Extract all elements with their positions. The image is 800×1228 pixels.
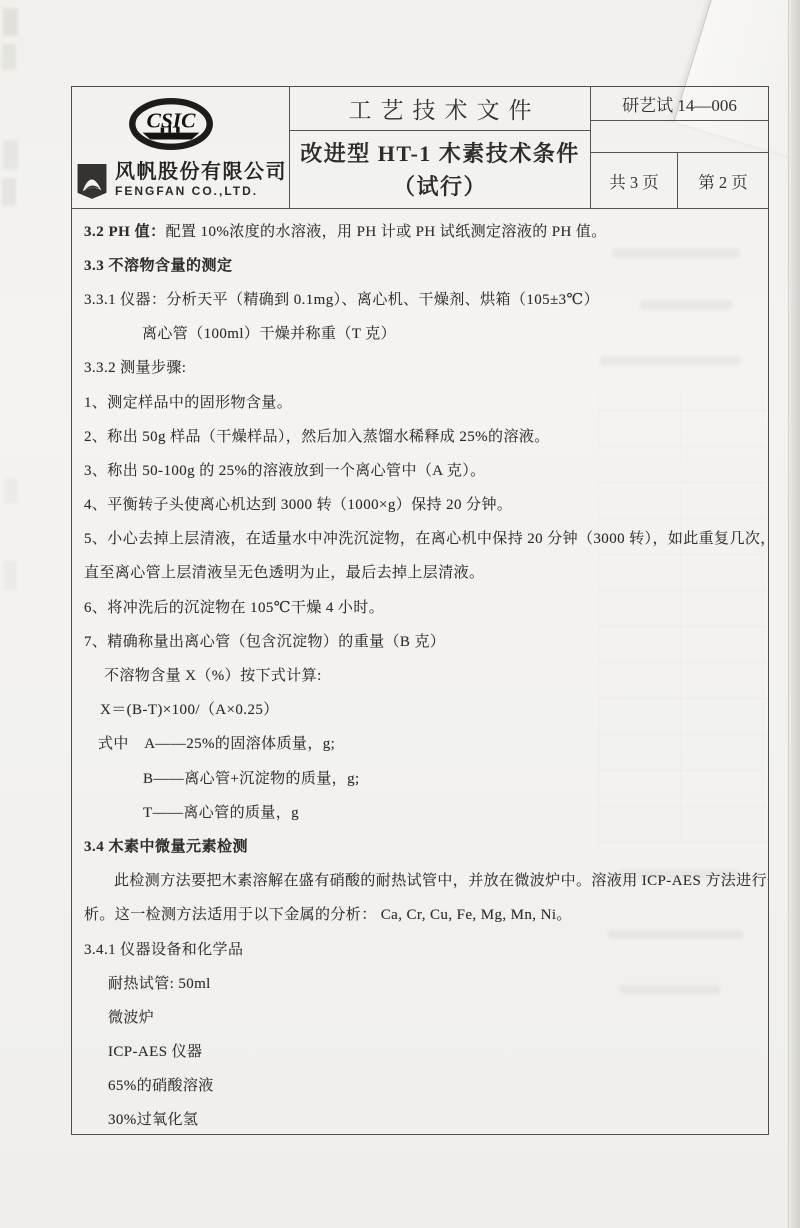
body-line: 5、小心去掉上层清液，在适量水中冲洗沉淀物，在离心机中保持 20 分钟（3000… — [84, 521, 758, 555]
page-current: 第 2 页 — [677, 153, 768, 208]
body-line: 直至离心管上层清液呈无色透明为止，最后去掉上层清液。 — [84, 555, 758, 589]
left-margin-bleedthrough — [4, 478, 18, 504]
body-line: 7、精确称量出离心管（包含沉淀物）的重量（B 克） — [84, 623, 758, 657]
body-line: 6、将冲洗后的沉淀物在 105℃干燥 4 小时。 — [84, 589, 758, 623]
document-header: CSIC 风帆股份有限公司 FENGFAN CO.,LTD. 工艺技术文件 — [72, 87, 768, 209]
body-line: 3.3.1 仪器：分析天平（精确到 0.1mg）、离心机、干燥剂、烘箱（105±… — [84, 281, 758, 315]
body-line: 式中 A——25%的固溶体质量，g; — [84, 726, 758, 760]
body-line: 65%的硝酸溶液 — [84, 1068, 758, 1102]
header-logo-cell: CSIC 风帆股份有限公司 FENGFAN CO.,LTD. — [72, 87, 290, 208]
document-type: 工艺技术文件 — [290, 87, 590, 131]
body-line: ICP-AES 仪器 — [84, 1034, 758, 1068]
left-margin-bleedthrough — [2, 178, 16, 206]
body-line: 2、称出 50g 样品（干燥样品），然后加入蒸馏水稀释成 25%的溶液。 — [84, 418, 758, 452]
company-identity: 风帆股份有限公司 FENGFAN CO.,LTD. — [72, 161, 289, 208]
line-emphasis: 3.4 木素中微量元素检测 — [84, 835, 248, 856]
body-line: 3.3 不溶物含量的测定 — [84, 247, 758, 281]
left-margin-bleedthrough — [3, 8, 18, 36]
company-name-cn: 风帆股份有限公司 — [115, 161, 287, 183]
body-line: 离心管（100ml）干燥并称重（T 克） — [84, 316, 758, 350]
body-line: X＝(B-T)×100/（A×0.25） — [84, 692, 758, 726]
left-margin-bleedthrough — [3, 140, 18, 170]
document-title-line2: （试行） — [393, 170, 487, 203]
sail-logo-icon — [75, 161, 109, 201]
document-sheet: CSIC 风帆股份有限公司 FENGFAN CO.,LTD. 工艺技术文件 — [71, 86, 769, 1135]
body-line: 3.4 木素中微量元素检测 — [84, 828, 758, 862]
pagination-row: 共 3 页 第 2 页 — [591, 153, 768, 208]
page-edge-shadow — [788, 0, 800, 1228]
body-line: 耐热试管: 50ml — [84, 965, 758, 999]
csic-badge-text: CSIC — [146, 108, 196, 132]
body-line: 1、测定样品中的固形物含量。 — [84, 384, 758, 418]
body-line: 3.2 PH 值：配置 10%浓度的水溶液，用 PH 计或 PH 试纸测定溶液的… — [84, 213, 758, 247]
ship-silhouette — [143, 133, 200, 140]
body-line: B——离心管+沉淀物的质量，g; — [84, 760, 758, 794]
body-line: 4、平衡转子头使离心机达到 3000 转（1000×g）保持 20 分钟。 — [84, 487, 758, 521]
line-emphasis: 3.2 PH 值： — [84, 220, 166, 241]
header-empty-cell — [591, 121, 768, 153]
document-title: 改进型 HT-1 木素技术条件 （试行） — [290, 131, 590, 208]
body-line: 30%过氧化氢 — [84, 1102, 758, 1134]
body-line: 析。这一检测方法适用于以下金属的分析： Ca, Cr, Cu, Fe, Mg, … — [84, 897, 758, 931]
line-emphasis: 3.3 不溶物含量的测定 — [84, 254, 233, 275]
document-body: 3.2 PH 值：配置 10%浓度的水溶液，用 PH 计或 PH 试纸测定溶液的… — [72, 209, 768, 1134]
left-margin-bleedthrough — [2, 44, 16, 70]
header-meta-cell: 研艺试 14—006 共 3 页 第 2 页 — [591, 87, 768, 208]
document-title-line1: 改进型 HT-1 木素技术条件 — [300, 137, 580, 170]
csic-badge-icon: CSIC — [128, 97, 214, 151]
pages-total: 共 3 页 — [591, 153, 677, 208]
body-line: 微波炉 — [84, 999, 758, 1033]
body-line: 此检测方法要把木素溶解在盛有硝酸的耐热试管中，并放在微波炉中。溶液用 ICP-A… — [84, 863, 758, 897]
document-number: 研艺试 14—006 — [591, 87, 768, 121]
body-line: T——离心管的质量，g — [84, 794, 758, 828]
body-line: 3、称出 50-100g 的 25%的溶液放到一个离心管中（A 克）。 — [84, 452, 758, 486]
body-line: 3.3.2 测量步骤: — [84, 350, 758, 384]
header-title-cell: 工艺技术文件 改进型 HT-1 木素技术条件 （试行） — [290, 87, 591, 208]
left-margin-bleedthrough — [3, 560, 17, 590]
body-line: 3.4.1 仪器设备和化学品 — [84, 931, 758, 965]
body-line: 不溶物含量 X（%）按下式计算: — [84, 657, 758, 691]
company-name-en: FENGFAN CO.,LTD. — [115, 184, 287, 198]
